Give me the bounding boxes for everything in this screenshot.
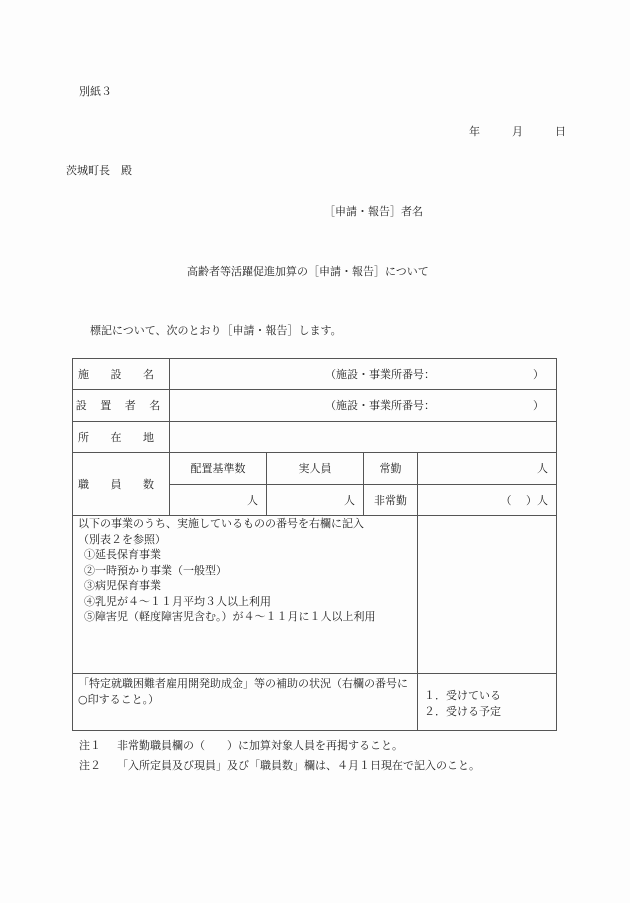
founder-name-field[interactable]: （施設・事業所番号： ）	[170, 389, 556, 421]
business-number-field[interactable]	[418, 516, 556, 673]
addressee: 茨城町長 殿	[66, 162, 132, 178]
aid-option-receiving[interactable]: １．受けている	[424, 688, 501, 704]
business-item: ④乳児が４～１１月平均３人以上利用	[78, 594, 376, 610]
document-title: 高齢者等活躍促進加算の［申請・報告］について	[187, 263, 429, 279]
staff-fulltime-field[interactable]: 人	[418, 452, 556, 484]
date-year: 年	[469, 123, 480, 139]
facility-name-label: 施 設 名	[72, 358, 169, 389]
business-list: 以下の事業のうち、実施しているものの番号を右欄に記入 （別表２を参照） ①延長保…	[78, 516, 376, 625]
business-item: ①延長保育事業	[78, 547, 376, 563]
applicant-name-label: ［申請・報告］者名	[324, 203, 423, 219]
date-line: 年月日	[469, 123, 566, 139]
notes: 注１非常勤職員欄の（ ）に加算対象人員を再掲すること。 注２「入所定員及び現員」…	[79, 736, 480, 776]
staff-standard-field[interactable]: 人	[170, 484, 266, 515]
annex-label: 別紙３	[79, 83, 112, 99]
staff-standard-header: 配置基準数	[170, 452, 266, 484]
note-1: 注１非常勤職員欄の（ ）に加算対象人員を再掲すること。	[79, 736, 480, 756]
row-divider	[72, 673, 556, 674]
staff-actual-header: 実人員	[267, 452, 363, 484]
table-border	[556, 358, 557, 730]
aid-option-planned[interactable]: ２．受ける予定	[424, 704, 501, 720]
facility-name-field[interactable]: （施設・事業所番号： ）	[170, 358, 556, 389]
note-2: 注２「入所定員及び現員」及び「職員数」欄は、４月１日現在で記入のこと。	[79, 756, 480, 776]
business-reference: （別表２を参照）	[78, 532, 376, 548]
aid-options: １．受けている ２．受ける予定	[424, 688, 501, 719]
intro-text: 標記について、次のとおり［申請・報告］します。	[90, 322, 342, 338]
business-instruction: 以下の事業のうち、実施しているものの番号を右欄に記入	[78, 516, 376, 532]
facility-number-label: （施設・事業所番号：	[325, 366, 435, 382]
business-item: ③病児保育事業	[78, 578, 376, 594]
staff-parttime-label: 非常勤	[364, 484, 417, 515]
location-label: 所 在 地	[72, 421, 169, 452]
staff-actual-field[interactable]: 人	[267, 484, 363, 515]
date-day: 日	[555, 123, 566, 139]
business-item: ②一時預かり事業（一般型）	[78, 563, 376, 579]
founder-number-label: （施設・事業所番号：	[325, 397, 435, 413]
location-field[interactable]	[170, 421, 556, 452]
application-table: 施 設 名 （施設・事業所番号： ） 設 置 者 名 （施設・事業所番号： ） …	[72, 358, 556, 730]
aid-status-label: 「特定就職困難者雇用開発助成金」等の補助の状況（右欄の番号に ○印すること。）	[78, 676, 408, 707]
staff-count-label: 職 員 数	[72, 452, 169, 515]
founder-name-label: 設 置 者 名	[72, 389, 169, 421]
staff-parttime-field[interactable]: （ ）人	[418, 484, 556, 515]
date-month: 月	[512, 123, 523, 139]
business-item: ⑤障害児（軽度障害児含む。）が４～１１月に１人以上利用	[78, 609, 376, 625]
staff-fulltime-label: 常勤	[364, 452, 417, 484]
table-border	[72, 730, 557, 731]
